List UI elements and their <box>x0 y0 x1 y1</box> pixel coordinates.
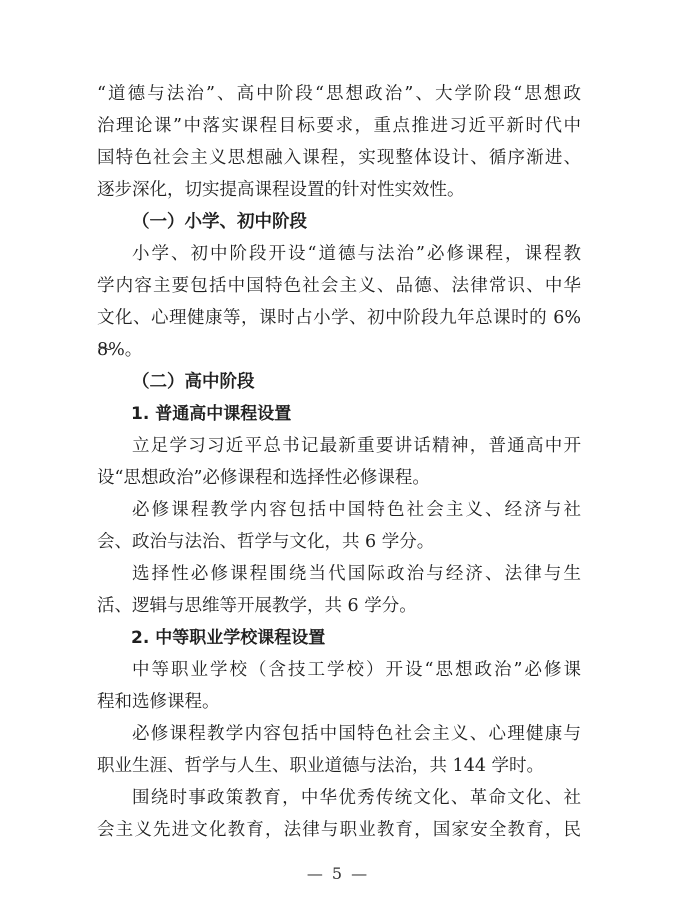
document-body: “道德与法治”、高中阶段“思想政治”、大学阶段“思想政 治理论课”中落实课程目标… <box>97 78 581 846</box>
doc-line: 会主义先进文化教育，法律与职业教育，国家安全教育，民 <box>97 814 581 846</box>
doc-line: 会、政治与法治、哲学与文化，共 6 学分。 <box>97 526 581 558</box>
doc-line: 小学、初中阶段开设“道德与法治”必修课程，课程教 <box>97 238 581 270</box>
doc-line: 国特色社会主义思想融入课程，实现整体设计、循序渐进、 <box>97 142 581 174</box>
doc-line: 学内容主要包括中国特色社会主义、品德、法律常识、中华 <box>97 270 581 302</box>
doc-line: 职业生涯、哲学与人生、职业道德与法治，共 144 学时。 <box>97 750 581 782</box>
doc-line: 程和选修课程。 <box>97 686 581 718</box>
doc-line: 8%。 <box>97 334 581 366</box>
doc-line: 文化、心理健康等，课时占小学、初中阶段九年总课时的 6%～ <box>97 302 581 334</box>
doc-line: 活、逻辑与思维等开展教学，共 6 学分。 <box>97 590 581 622</box>
doc-line: 逐步深化，切实提高课程设置的针对性实效性。 <box>97 174 581 206</box>
doc-line: 围绕时事政策教育，中华优秀传统文化、革命文化、社 <box>97 782 581 814</box>
doc-line: 必修课程教学内容包括中国特色社会主义、心理健康与 <box>97 718 581 750</box>
doc-line: “道德与法治”、高中阶段“思想政治”、大学阶段“思想政 <box>97 78 581 110</box>
doc-line: 选择性必修课程围绕当代国际政治与经济、法律与生 <box>97 558 581 590</box>
page-number: — 5 — <box>0 862 676 886</box>
section-heading-primary: （一）小学、初中阶段 <box>97 206 581 238</box>
section-heading-primary: （二）高中阶段 <box>97 366 581 398</box>
doc-line: 治理论课”中落实课程目标要求，重点推进习近平新时代中 <box>97 110 581 142</box>
section-heading-numbered: 2. 中等职业学校课程设置 <box>97 622 581 654</box>
doc-line: 中等职业学校（含技工学校）开设“思想政治”必修课 <box>97 654 581 686</box>
doc-line: 立足学习习近平总书记最新重要讲话精神，普通高中开 <box>97 430 581 462</box>
section-heading-numbered: 1. 普通高中课程设置 <box>97 398 581 430</box>
doc-line: 设“思想政治”必修课程和选择性必修课程。 <box>97 462 581 494</box>
document-page: “道德与法治”、高中阶段“思想政治”、大学阶段“思想政 治理论课”中落实课程目标… <box>0 0 676 901</box>
doc-line: 必修课程教学内容包括中国特色社会主义、经济与社 <box>97 494 581 526</box>
